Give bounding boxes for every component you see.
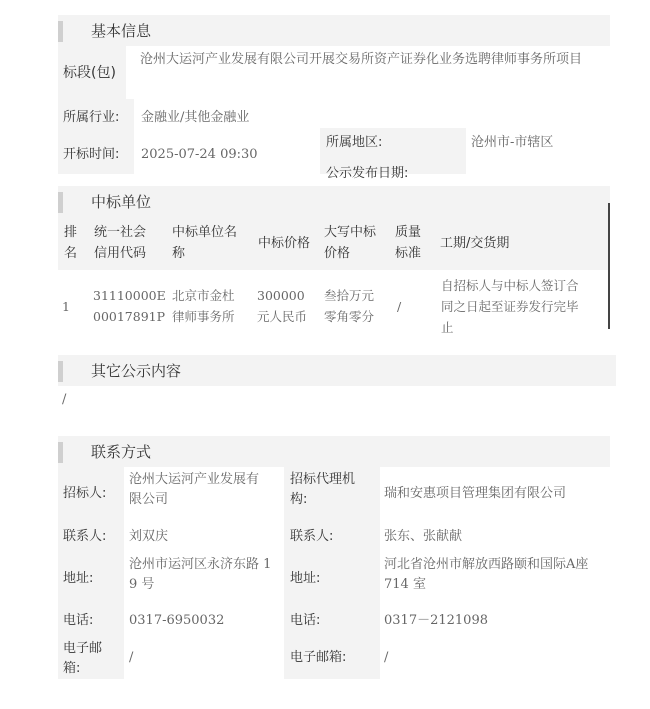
other-header: 其它公示内容 — [58, 355, 616, 386]
row-credit-code: 31110000E 00017891P — [93, 285, 166, 327]
tenderer-contact-label: 联系人: — [63, 521, 106, 553]
agency-phone-label: 电话: — [290, 605, 320, 637]
col-credit-code: 统一社会 信用代码 — [94, 222, 146, 264]
tenderer-phone-label: 电话: — [63, 605, 93, 637]
section-value: 沧州大运河产业发展有限公司开展交易所资产证券化业务选聘律师事务所项目 — [140, 50, 610, 96]
basic-info-table: 标段(包) 沧州大运河产业发展有限公司开展交易所资产证券化业务选聘律师事务所项目… — [58, 46, 610, 174]
tenderer-value: 沧州大运河产业发展有 限公司 — [129, 470, 279, 510]
agency-phone-value: 0317－2121098 — [384, 605, 488, 637]
tenderer-email-label: 电子邮 箱: — [63, 639, 102, 679]
other-value: / — [62, 392, 66, 407]
basic-info-title: 基本信息 — [91, 21, 151, 41]
contact-header: 联系方式 — [58, 436, 610, 467]
section-marker — [58, 192, 63, 213]
section-marker — [58, 361, 63, 382]
winner-header: 中标单位 — [58, 186, 610, 217]
col-price: 中标价格 — [258, 233, 310, 254]
agency-email-value: / — [384, 637, 388, 679]
other-content: / — [58, 386, 610, 428]
col-winner-name: 中标单位名 称 — [172, 222, 237, 264]
open-time-label: 开标时间: — [58, 136, 134, 174]
winner-table: 排 名 统一社会 信用代码 中标单位名 称 中标价格 大写中标 价格 质量 标准… — [58, 217, 610, 343]
basic-info-header: 基本信息 — [58, 15, 610, 46]
row-period: 自招标人与中标人签订合 同之日起至证券发行完毕 止 — [441, 275, 579, 338]
agency-email-label: 电子邮箱: — [290, 637, 346, 679]
col-rank: 排 名 — [64, 222, 77, 264]
row-price-upper: 叁拾万元 零角零分 — [324, 285, 374, 327]
row-quality: / — [397, 296, 401, 317]
tenderer-address-value: 沧州市运河区永济东路 1 9 号 — [129, 555, 284, 595]
contact-title: 联系方式 — [91, 442, 151, 462]
section-marker — [58, 442, 63, 463]
other-title: 其它公示内容 — [91, 361, 181, 381]
agency-address-label: 地址: — [290, 553, 320, 605]
agency-label: 招标代理机 构: — [290, 470, 355, 510]
col-quality: 质量 标准 — [395, 222, 421, 264]
col-period: 工期/交货期 — [440, 233, 509, 254]
region-label: 所属地区: — [320, 128, 466, 158]
agency-address-value: 河北省沧州市解放西路颐和国际A座 714 室 — [384, 555, 614, 595]
contact-table: 招标人: 沧州大运河产业发展有 限公司 招标代理机 构: 瑞和安惠项目管理集团有… — [58, 467, 610, 697]
row-price: 300000 元人民币 — [257, 285, 307, 327]
tenderer-email-value: / — [129, 637, 133, 679]
row-rank: 1 — [62, 296, 70, 317]
agency-contact-value: 张东、张献献 — [384, 521, 462, 553]
open-time-value: 2025-07-24 09:30 — [141, 136, 311, 174]
col-price-upper: 大写中标 价格 — [324, 222, 376, 264]
section-marker — [58, 21, 63, 42]
tenderer-label: 招标人: — [63, 467, 106, 521]
tenderer-phone-value: 0317-6950032 — [129, 605, 224, 637]
tenderer-contact-value: 刘双庆 — [129, 521, 168, 553]
winner-title: 中标单位 — [91, 192, 151, 212]
industry-label: 所属行业: — [58, 99, 134, 136]
region-value: 沧州市-市辖区 — [471, 128, 611, 158]
bid-result-document: 基本信息 标段(包) 沧州大运河产业发展有限公司开展交易所资产证券化业务选聘律师… — [58, 15, 610, 697]
agency-value: 瑞和安惠项目管理集团有限公司 — [384, 467, 566, 521]
agency-contact-label: 联系人: — [290, 521, 333, 553]
tenderer-address-label: 地址: — [63, 553, 93, 605]
industry-value: 金融业/其他金融业 — [141, 99, 311, 136]
table-right-border — [608, 203, 610, 329]
section-label: 标段(包) — [58, 46, 126, 99]
row-winner-name: 北京市金杜 律师事务所 — [172, 285, 235, 327]
